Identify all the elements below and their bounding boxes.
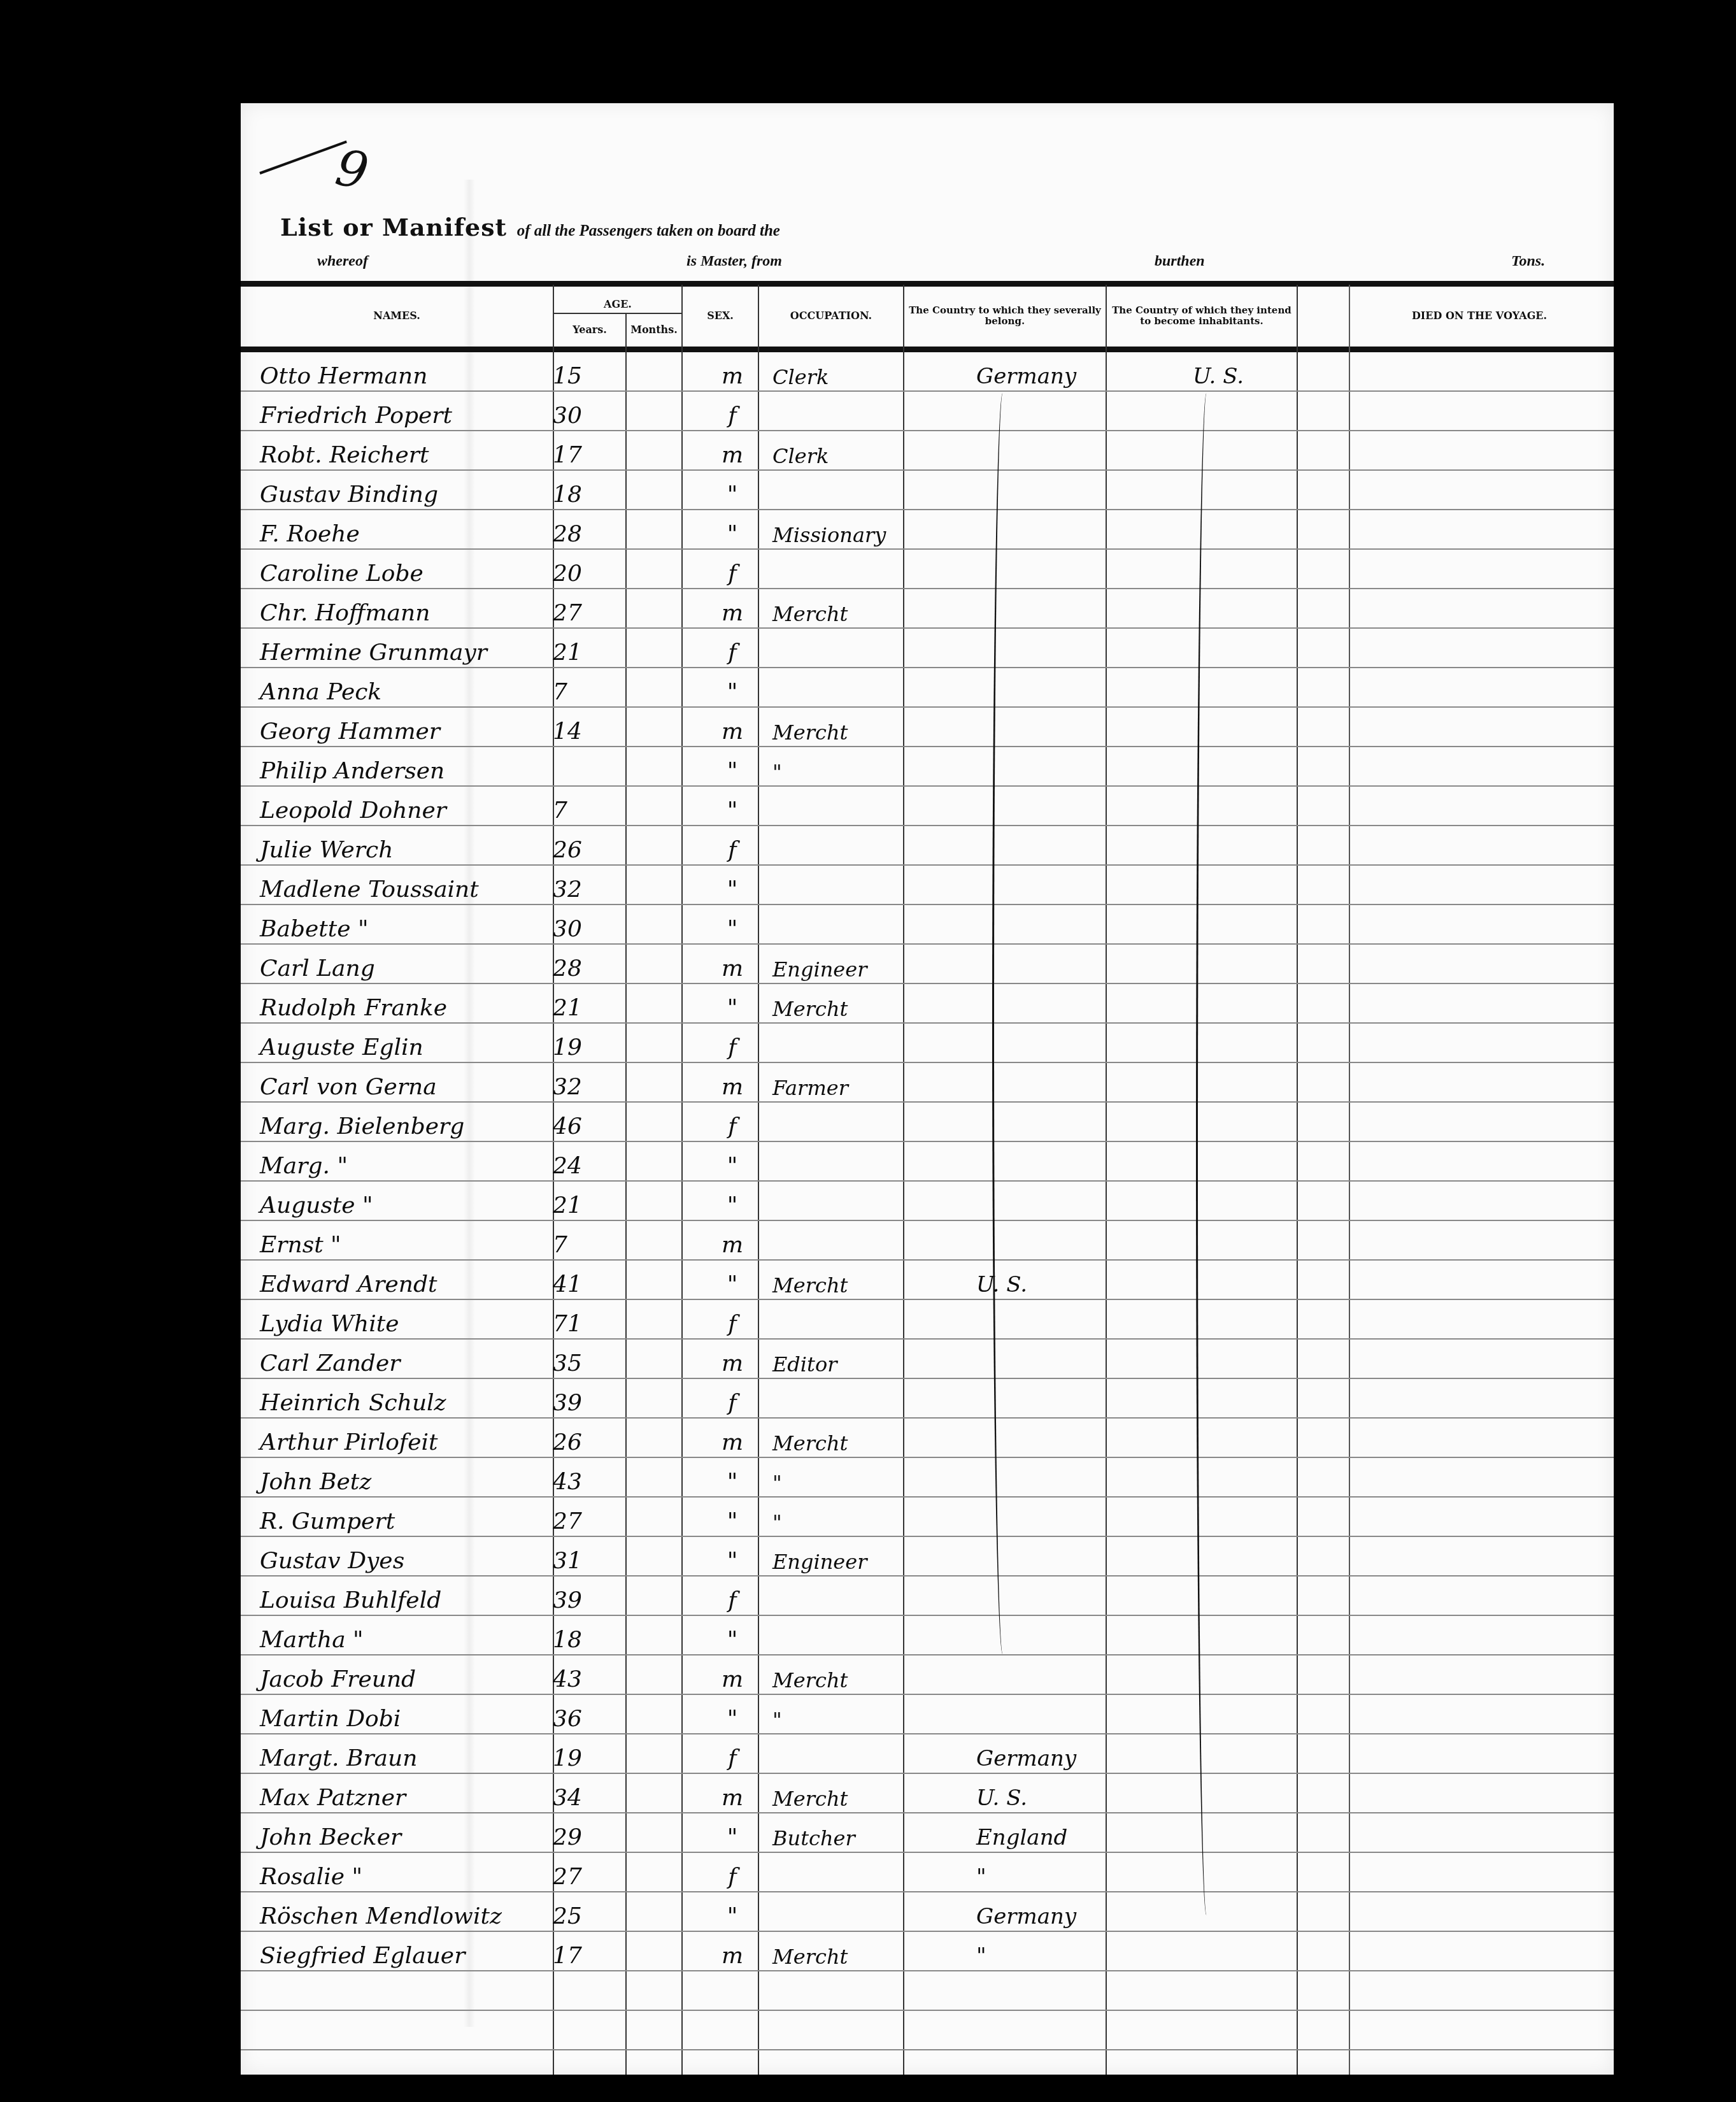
age-months — [630, 352, 681, 392]
sex-value: " — [694, 1458, 771, 1498]
age-years: 19 — [553, 1024, 623, 1063]
died-value — [1419, 2011, 1610, 2050]
table-row: Louisa Buhlfeld39f — [241, 1576, 1614, 1616]
table-row: Georg Hammer14mMercht — [241, 708, 1614, 747]
table-row: Margt. Braun19fGermany — [241, 1734, 1614, 1774]
title-blackletter: List or Manifest — [280, 213, 507, 241]
col-occupation: OCCUPATION. — [759, 285, 903, 347]
table-row: Philip Andersen"" — [241, 747, 1614, 787]
age-years: 32 — [553, 866, 623, 905]
table-row: Auguste "21" — [241, 1182, 1614, 1221]
sex-value: m — [694, 1221, 771, 1261]
occupation-value: Mercht — [772, 984, 964, 1024]
age-months — [630, 905, 681, 945]
died-value — [1419, 510, 1610, 550]
sex-value: f — [694, 1024, 771, 1063]
age-months — [630, 1537, 681, 1576]
occupation-value: Clerk — [772, 352, 964, 392]
table-row — [241, 2011, 1614, 2050]
sex-value: f — [694, 1734, 771, 1774]
died-value — [1419, 1695, 1610, 1734]
table-row: Robt. Reichert17mClerk — [241, 431, 1614, 471]
age-months — [630, 1616, 681, 1655]
died-value — [1419, 1458, 1610, 1498]
country-to-value — [1167, 1695, 1358, 1734]
sex-value: f — [694, 629, 771, 668]
table-row: Auguste Eglin19f — [241, 1024, 1614, 1063]
age-years: 18 — [553, 1616, 623, 1655]
died-value — [1419, 471, 1610, 510]
died-value — [1419, 1813, 1610, 1853]
country-from-value — [964, 589, 1161, 629]
died-value — [1419, 1576, 1610, 1616]
died-value — [1419, 392, 1610, 431]
died-value — [1419, 984, 1610, 1024]
table-row: F. Roehe28"Missionary — [241, 510, 1614, 550]
country-to-value — [1167, 1537, 1358, 1576]
country-to-value — [1167, 1932, 1358, 1971]
occupation-value: Mercht — [772, 1655, 964, 1695]
died-value — [1419, 1892, 1610, 1932]
age-years: 43 — [553, 1655, 623, 1695]
age-months — [630, 1892, 681, 1932]
died-value — [1419, 1734, 1610, 1774]
age-years: 30 — [553, 392, 623, 431]
occupation-value — [772, 1379, 964, 1419]
country-from-value — [964, 1419, 1161, 1458]
occupation-value — [772, 866, 964, 905]
age-years: 21 — [553, 629, 623, 668]
age-months — [630, 2011, 681, 2050]
passenger-name: Leopold Dohner — [260, 787, 540, 826]
passenger-name — [260, 1971, 540, 2011]
age-years: 21 — [553, 1182, 623, 1221]
age-years: 32 — [553, 1063, 623, 1103]
passenger-name: Martha " — [260, 1616, 540, 1655]
table-row: Carl Zander35mEditor — [241, 1340, 1614, 1379]
table-row: Siegfried Eglauer17mMercht" — [241, 1932, 1614, 1971]
age-months — [630, 787, 681, 826]
sex-value: " — [694, 1616, 771, 1655]
sex-value: m — [694, 1932, 771, 1971]
table-row: Marg. Bielenberg46f — [241, 1103, 1614, 1142]
age-months — [630, 1655, 681, 1695]
col-age: AGE. — [554, 285, 681, 310]
country-from-value — [964, 471, 1161, 510]
country-to-value — [1167, 1853, 1358, 1892]
sex-value — [694, 1971, 771, 2011]
country-from-value — [964, 1379, 1161, 1419]
age-months — [630, 1379, 681, 1419]
age-years: 17 — [553, 1932, 623, 1971]
country-from-value — [964, 1971, 1161, 2011]
passenger-name: Gustav Dyes — [260, 1537, 540, 1576]
died-value — [1419, 826, 1610, 866]
country-to-value — [1167, 668, 1358, 708]
age-months — [630, 1340, 681, 1379]
table-row: Madlene Toussaint32" — [241, 866, 1614, 905]
age-years: 7 — [553, 787, 623, 826]
sex-value: m — [694, 589, 771, 629]
sex-value: " — [694, 984, 771, 1024]
died-value — [1419, 1498, 1610, 1537]
table-row: Ernst "7m — [241, 1221, 1614, 1261]
table-row: Rosalie "27f" — [241, 1853, 1614, 1892]
age-years: 24 — [553, 1142, 623, 1182]
age-months — [630, 1774, 681, 1813]
country-from-value — [964, 1576, 1161, 1616]
manifest-page: 9 List or Manifest of all the Passengers… — [241, 103, 1614, 2075]
table-row: Lydia White71f — [241, 1300, 1614, 1340]
sex-value — [694, 2011, 771, 2050]
sex-value: f — [694, 1300, 771, 1340]
age-months — [630, 629, 681, 668]
age-months — [630, 668, 681, 708]
table-row: John Becker29"ButcherEngland — [241, 1813, 1614, 1853]
table-header: NAMES. AGE. Years. Months. SEX. OCCUPATI… — [241, 285, 1614, 347]
occupation-value: " — [772, 1498, 964, 1537]
occupation-value: " — [772, 1695, 964, 1734]
sex-value: " — [694, 510, 771, 550]
country-from-value — [964, 1537, 1161, 1576]
died-value — [1419, 945, 1610, 984]
sex-value: " — [694, 1892, 771, 1932]
table-row: Gustav Binding18" — [241, 471, 1614, 510]
age-years: 27 — [553, 589, 623, 629]
country-from-value — [964, 1695, 1161, 1734]
died-value — [1419, 1932, 1610, 1971]
passenger-name: Carl von Gerna — [260, 1063, 540, 1103]
col-country-to: The Country of which they intend to beco… — [1107, 285, 1297, 347]
died-value — [1419, 747, 1610, 787]
sex-value: f — [694, 550, 771, 589]
age-months — [630, 510, 681, 550]
died-value — [1419, 431, 1610, 471]
died-value — [1419, 550, 1610, 589]
country-to-value — [1167, 1734, 1358, 1774]
died-value — [1419, 1142, 1610, 1182]
country-to-value — [1167, 1774, 1358, 1813]
age-months — [630, 1971, 681, 2011]
age-months — [630, 1458, 681, 1498]
age-years: 28 — [553, 945, 623, 984]
country-from-value — [964, 431, 1161, 471]
table-row: Jacob Freund43mMercht — [241, 1655, 1614, 1695]
ditto-brace-from — [992, 393, 1013, 1654]
sex-value: " — [694, 787, 771, 826]
age-years — [553, 1971, 623, 2011]
age-years: 26 — [553, 1419, 623, 1458]
occupation-value — [772, 1300, 964, 1340]
occupation-value: Editor — [772, 1340, 964, 1379]
passenger-name: Babette " — [260, 905, 540, 945]
table-row: Heinrich Schulz39f — [241, 1379, 1614, 1419]
age-years — [553, 2011, 623, 2050]
table-row: Friedrich Popert30f — [241, 392, 1614, 431]
occupation-value: Mercht — [772, 589, 964, 629]
sex-value: f — [694, 1853, 771, 1892]
col-years: Years. — [554, 314, 625, 346]
age-years: 39 — [553, 1379, 623, 1419]
age-months — [630, 1142, 681, 1182]
passenger-name: Rosalie " — [260, 1853, 540, 1892]
died-value — [1419, 1616, 1610, 1655]
passenger-name: Carl Lang — [260, 945, 540, 984]
age-months — [630, 392, 681, 431]
died-value — [1419, 905, 1610, 945]
age-months — [630, 550, 681, 589]
passenger-name: Caroline Lobe — [260, 550, 540, 589]
page-number-underline — [259, 141, 347, 175]
sex-value: f — [694, 1379, 771, 1419]
age-months — [630, 1063, 681, 1103]
table-row: Anna Peck7" — [241, 668, 1614, 708]
age-months — [630, 1419, 681, 1458]
sex-value: f — [694, 1103, 771, 1142]
passenger-name: Anna Peck — [260, 668, 540, 708]
passenger-name: Siegfried Eglauer — [260, 1932, 540, 1971]
passenger-name: John Becker — [260, 1813, 540, 1853]
sex-value: m — [694, 945, 771, 984]
passenger-name: Margt. Braun — [260, 1734, 540, 1774]
country-to-value — [1167, 2011, 1358, 2050]
occupation-value — [772, 629, 964, 668]
table-row: Carl von Gerna32mFarmer — [241, 1063, 1614, 1103]
passenger-name: Hermine Grunmayr — [260, 629, 540, 668]
age-years: 43 — [553, 1458, 623, 1498]
master-label: is Master, from — [687, 253, 782, 270]
occupation-value — [772, 1734, 964, 1774]
died-value — [1419, 1379, 1610, 1419]
died-value — [1419, 1261, 1610, 1300]
age-months — [630, 431, 681, 471]
passenger-name: Friedrich Popert — [260, 392, 540, 431]
occupation-value — [772, 1576, 964, 1616]
table-row: Babette "30" — [241, 905, 1614, 945]
age-years: 34 — [553, 1774, 623, 1813]
occupation-value — [772, 1103, 964, 1142]
age-years: 26 — [553, 826, 623, 866]
country-to-value — [1167, 747, 1358, 787]
died-value — [1419, 1221, 1610, 1261]
passenger-name: Rudolph Franke — [260, 984, 540, 1024]
age-months — [630, 1734, 681, 1774]
age-years: 39 — [553, 1576, 623, 1616]
sex-value: f — [694, 1576, 771, 1616]
country-from-value — [964, 629, 1161, 668]
passenger-name: Lydia White — [260, 1300, 540, 1340]
sex-value: " — [694, 1261, 771, 1300]
died-value — [1419, 1024, 1610, 1063]
age-years: 31 — [553, 1537, 623, 1576]
sex-value: m — [694, 1419, 771, 1458]
age-years: 41 — [553, 1261, 623, 1300]
table-row: Rudolph Franke21"Mercht — [241, 984, 1614, 1024]
manifest-title: List or Manifest of all the Passengers t… — [280, 213, 780, 241]
country-from-value — [964, 392, 1161, 431]
age-years: 28 — [553, 510, 623, 550]
occupation-value: Butcher — [772, 1813, 964, 1853]
passenger-name: Louisa Buhlfeld — [260, 1576, 540, 1616]
sex-value: " — [694, 866, 771, 905]
sex-value: " — [694, 471, 771, 510]
passenger-name: Philip Andersen — [260, 747, 540, 787]
occupation-value: Clerk — [772, 431, 964, 471]
table-row: Caroline Lobe20f — [241, 550, 1614, 589]
table-row: Chr. Hoffmann27mMercht — [241, 589, 1614, 629]
country-from-value: England — [964, 1813, 1161, 1853]
occupation-value — [772, 392, 964, 431]
country-to-value — [1167, 1892, 1358, 1932]
age-months — [630, 984, 681, 1024]
table-row: Otto Hermann15mClerkGermanyU. S. — [241, 352, 1614, 392]
table-row: Julie Werch26f — [241, 826, 1614, 866]
country-to-value — [1167, 1576, 1358, 1616]
age-years: 29 — [553, 1813, 623, 1853]
table-row: Hermine Grunmayr21f — [241, 629, 1614, 668]
country-from-value — [964, 550, 1161, 589]
country-from-value — [964, 1616, 1161, 1655]
country-to-value — [1167, 550, 1358, 589]
country-to-value — [1167, 431, 1358, 471]
died-value — [1419, 708, 1610, 747]
col-country-from: The Country to which they severally belo… — [904, 285, 1106, 347]
passenger-name: Ernst " — [260, 1221, 540, 1261]
occupation-value: Farmer — [772, 1063, 964, 1103]
age-months — [630, 1576, 681, 1616]
occupation-value: Engineer — [772, 1537, 964, 1576]
sex-value: " — [694, 1813, 771, 1853]
occupation-value: Mercht — [772, 708, 964, 747]
passenger-name: Edward Arendt — [260, 1261, 540, 1300]
died-value — [1419, 1853, 1610, 1892]
occupation-value: " — [772, 747, 964, 787]
country-to-value — [1167, 787, 1358, 826]
passenger-name: Auguste Eglin — [260, 1024, 540, 1063]
tons-label: Tons. — [1511, 253, 1545, 270]
table-row: John Betz43"" — [241, 1458, 1614, 1498]
sex-value: " — [694, 1695, 771, 1734]
country-to-value — [1167, 1813, 1358, 1853]
country-to-value — [1167, 708, 1358, 747]
age-years: 18 — [553, 471, 623, 510]
passenger-name: Carl Zander — [260, 1340, 540, 1379]
occupation-value — [772, 1024, 964, 1063]
passenger-name: Georg Hammer — [260, 708, 540, 747]
sex-value: m — [694, 1063, 771, 1103]
age-months — [630, 1221, 681, 1261]
sex-value: m — [694, 352, 771, 392]
country-from-value: U. S. — [964, 1774, 1161, 1813]
occupation-value: " — [772, 1458, 964, 1498]
occupation-value — [772, 1182, 964, 1221]
country-from-value — [964, 510, 1161, 550]
col-died: DIED ON THE VOYAGE. — [1349, 285, 1610, 347]
age-years: 46 — [553, 1103, 623, 1142]
sex-value: m — [694, 708, 771, 747]
country-from-value: Germany — [964, 1892, 1161, 1932]
occupation-value — [772, 1221, 964, 1261]
country-to-value — [1167, 1616, 1358, 1655]
age-months — [630, 747, 681, 787]
age-years: 7 — [553, 668, 623, 708]
sex-value: m — [694, 1340, 771, 1379]
occupation-value: Mercht — [772, 1261, 964, 1300]
country-from-value — [964, 1458, 1161, 1498]
occupation-value — [772, 550, 964, 589]
ditto-brace-to — [1196, 393, 1217, 1915]
passenger-name: Madlene Toussaint — [260, 866, 540, 905]
country-from-value: " — [964, 1932, 1161, 1971]
sex-value: m — [694, 431, 771, 471]
died-value — [1419, 629, 1610, 668]
died-value — [1419, 1419, 1610, 1458]
country-to-value — [1167, 1458, 1358, 1498]
died-value — [1419, 668, 1610, 708]
col-months: Months. — [627, 314, 681, 346]
table-row: Marg. "24" — [241, 1142, 1614, 1182]
passenger-name: F. Roehe — [260, 510, 540, 550]
age-years: 27 — [553, 1853, 623, 1892]
died-value — [1419, 1063, 1610, 1103]
passenger-name: Röschen Mendlowitz — [260, 1892, 540, 1932]
age-months — [630, 1695, 681, 1734]
sex-value: f — [694, 826, 771, 866]
age-months — [630, 826, 681, 866]
age-years — [553, 747, 623, 787]
passenger-name: Chr. Hoffmann — [260, 589, 540, 629]
title-rest: of all the Passengers taken on board the — [517, 222, 780, 240]
occupation-value — [772, 471, 964, 510]
died-value — [1419, 866, 1610, 905]
passenger-name: Gustav Binding — [260, 471, 540, 510]
age-months — [630, 1261, 681, 1300]
sex-value: " — [694, 905, 771, 945]
occupation-value: Missionary — [772, 510, 964, 550]
age-years: 15 — [553, 352, 623, 392]
died-value — [1419, 1300, 1610, 1340]
died-value — [1419, 1655, 1610, 1695]
age-months — [630, 1182, 681, 1221]
age-months — [630, 471, 681, 510]
occupation-value — [772, 1616, 964, 1655]
passenger-name: Jacob Freund — [260, 1655, 540, 1695]
age-months — [630, 1932, 681, 1971]
table-row: Edward Arendt41"MerchtU. S. — [241, 1261, 1614, 1300]
sex-value: " — [694, 1537, 771, 1576]
table-row: Martin Dobi36"" — [241, 1695, 1614, 1734]
passenger-name: Robt. Reichert — [260, 431, 540, 471]
country-from-value — [964, 2011, 1161, 2050]
table-row: Röschen Mendlowitz25"Germany — [241, 1892, 1614, 1932]
table-row: Leopold Dohner7" — [241, 787, 1614, 826]
country-from-value — [964, 1655, 1161, 1695]
occupation-value: Mercht — [772, 1774, 964, 1813]
occupation-value — [772, 1853, 964, 1892]
passenger-name: R. Gumpert — [260, 1498, 540, 1537]
country-to-value — [1167, 629, 1358, 668]
table-row — [241, 1971, 1614, 2011]
country-from-value: Germany — [964, 1734, 1161, 1774]
table-row: Gustav Dyes31"Engineer — [241, 1537, 1614, 1576]
sex-value: " — [694, 668, 771, 708]
age-years: 71 — [553, 1300, 623, 1340]
died-value — [1419, 1182, 1610, 1221]
occupation-value — [772, 826, 964, 866]
col-names: NAMES. — [241, 285, 553, 347]
country-to-value — [1167, 471, 1358, 510]
country-to-value: U. S. — [1167, 352, 1358, 392]
